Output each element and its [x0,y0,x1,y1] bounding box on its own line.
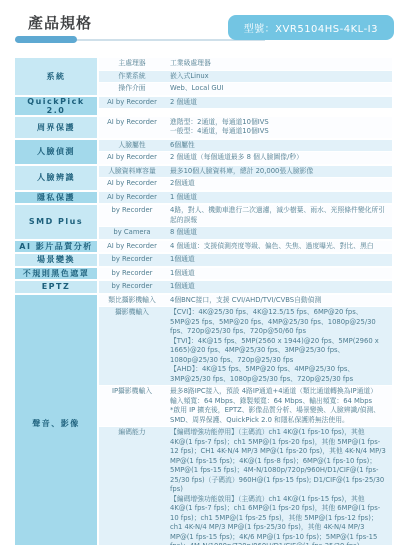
spec-label: by Recorder [99,281,165,293]
spec-section: QuickPick 2.0AI by Recorder2 個通道 [15,97,392,115]
spec-value: 1個通道 [165,268,392,280]
spec-row: 編碼能力【編碼增強功能停用】（主碼流）ch1 4K@(1 fps-10 fps)… [99,427,392,545]
spec-value: 【編碼增強功能停用】（主碼流）ch1 4K@(1 fps-10 fps)，其他 … [165,427,392,545]
spec-value: 嵌入式Linux [165,71,392,83]
spec-value: 進階型：2通道，每通道10個IVS 一般型：4通道，每通道10個IVS [165,117,392,138]
spec-rows: AI by Recorder進階型：2通道，每通道10個IVS 一般型：4通道，… [99,117,392,138]
spec-label: AI by Recorder [99,241,165,253]
spec-row: by Recorder1個通道 [99,254,392,266]
spec-rows: 人臉資料庫容量最多10個人臉資料庫，總計 20,000張人臉影像AI by Re… [99,166,392,190]
spec-row: AI by Recorder4 個通道：支援偵測亮度等級、偏色、失焦、過度曝光、… [99,241,392,253]
spec-label: 人臉屬性 [99,140,165,152]
category-cell: 不規則黑色遮罩 [15,268,97,280]
spec-label: 操作介面 [99,83,165,95]
spec-label: by Recorder [99,268,165,280]
spec-section: 人臉偵測人臉屬性6個屬性AI by Recorder2 個通道（每個通道最多 8… [15,140,392,164]
spec-section: 不規則黑色遮罩by Recorder1個通道 [15,268,392,280]
spec-value: 2 個通道 [165,97,392,109]
spec-row: by Recorder4路，對人、機動車進行二次過濾，減少樹葉、雨水、光照條件變… [99,205,392,226]
spec-row: AI by Recorder2個通道 [99,178,392,190]
spec-value: 4路，對人、機動車進行二次過濾，減少樹葉、雨水、光照條件變化所引起的誤報 [165,205,392,226]
spec-section: 聲音、影像類比攝影機輸入4個BNC接口，支援 CVI/AHD/TVI/CVBS自… [15,295,392,545]
category-cell: 系統 [15,58,97,95]
spec-section: SMD Plusby Recorder4路，對人、機動車進行二次過濾，減少樹葉、… [15,205,392,239]
spec-section: 人臉辨識人臉資料庫容量最多10個人臉資料庫，總計 20,000張人臉影像AI b… [15,166,392,190]
spec-section: EPTZby Recorder1個通道 [15,281,392,293]
spec-label: by Recorder [99,254,165,266]
spec-label: 類比攝影機輸入 [99,295,165,307]
spec-section: 隱私保護AI by Recorder1 個通道 [15,192,392,204]
spec-rows: AI by Recorder1 個通道 [99,192,392,204]
spec-row: 人臉屬性6個屬性 [99,140,392,152]
spec-section: 周界保護AI by Recorder進階型：2通道，每通道10個IVS 一般型：… [15,117,392,138]
spec-label: AI by Recorder [99,178,165,190]
spec-row: 主處理器工業級處理器 [99,58,392,70]
spec-row: by Recorder1個通道 [99,281,392,293]
spec-label: AI by Recorder [99,117,165,138]
spec-rows: by Recorder1個通道 [99,281,392,293]
category-cell: 場景變換 [15,254,97,266]
spec-value: 6個屬性 [165,140,392,152]
spec-row: 操作介面Web、Local GUI [99,83,392,95]
category-cell: 隱私保護 [15,192,97,204]
spec-value: 最多10個人臉資料庫，總計 20,000張人臉影像 [165,166,392,178]
spec-rows: 人臉屬性6個屬性AI by Recorder2 個通道（每個通道最多 8 個人臉… [99,140,392,164]
spec-section: 場景變換by Recorder1個通道 [15,254,392,266]
category-cell: 人臉辨識 [15,166,97,190]
spec-label: 人臉資料庫容量 [99,166,165,178]
spec-label: by Camera [99,227,165,239]
category-cell: QuickPick 2.0 [15,97,97,115]
spec-row: AI by Recorder1 個通道 [99,192,392,204]
spec-label: AI by Recorder [99,152,165,164]
spec-value: 工業級處理器 [165,58,392,70]
category-cell: 周界保護 [15,117,97,138]
spec-value: 4個BNC接口，支援 CVI/AHD/TVI/CVBS自動偵測 [165,295,392,307]
spec-row: 類比攝影機輸入4個BNC接口，支援 CVI/AHD/TVI/CVBS自動偵測 [99,295,392,307]
spec-row: 人臉資料庫容量最多10個人臉資料庫，總計 20,000張人臉影像 [99,166,392,178]
spec-label: 編碼能力 [99,427,165,545]
spec-row: AI by Recorder進階型：2通道，每通道10個IVS 一般型：4通道，… [99,117,392,138]
spec-rows: AI by Recorder2 個通道 [99,97,392,115]
category-cell: 人臉偵測 [15,140,97,164]
spec-value: 1個通道 [165,281,392,293]
category-cell: SMD Plus [15,205,97,239]
header-accent-pill [15,36,77,43]
spec-table: 系統主處理器工業級處理器作業系統嵌入式Linux操作介面Web、Local GU… [15,58,392,545]
spec-row: IP攝影機輸入最多8路IPC接入，預設 4路IP通道+4通道（類比通道轉換為IP… [99,386,392,426]
category-cell: AI 影片品質分析 [15,241,97,253]
spec-value: 8 個通道 [165,227,392,239]
spec-row: AI by Recorder2 個通道（每個通道最多 8 個人臉圖像/秒） [99,152,392,164]
page-title: 產品規格 [28,12,92,33]
spec-label: 主處理器 [99,58,165,70]
spec-value: 4 個通道：支援偵測亮度等級、偏色、失焦、過度曝光、對比、黑白 [165,241,392,253]
spec-value: 【CVI】：4K@25/30 fps、4K@12.5/15 fps、6MP@20… [165,307,392,385]
page-header: 產品規格 型號：XVR5104HS-4KL-I3 [0,0,400,50]
spec-rows: by Recorder4路，對人、機動車進行二次過濾，減少樹葉、雨水、光照條件變… [99,205,392,239]
spec-value: 2 個通道（每個通道最多 8 個人臉圖像/秒） [165,152,392,164]
model-badge: 型號：XVR5104HS-4KL-I3 [228,15,394,40]
spec-value: 2個通道 [165,178,392,190]
spec-rows: AI by Recorder4 個通道：支援偵測亮度等級、偏色、失焦、過度曝光、… [99,241,392,253]
spec-label: 攝影機輸入 [99,307,165,385]
spec-label: IP攝影機輸入 [99,386,165,426]
spec-row: by Recorder1個通道 [99,268,392,280]
spec-value: 1 個通道 [165,192,392,204]
spec-sheet-page: 產品規格 型號：XVR5104HS-4KL-I3 系統主處理器工業級處理器作業系… [0,0,400,545]
spec-label: AI by Recorder [99,97,165,109]
spec-value: 最多8路IPC接入，預設 4路IP通道+4通道（類比通道轉換為IP通道） 輸入頻… [165,386,392,426]
spec-row: AI by Recorder2 個通道 [99,97,392,109]
spec-label: by Recorder [99,205,165,226]
category-cell: EPTZ [15,281,97,293]
category-cell: 聲音、影像 [15,295,97,545]
spec-row: by Camera8 個通道 [99,227,392,239]
spec-row: 攝影機輸入【CVI】：4K@25/30 fps、4K@12.5/15 fps、6… [99,307,392,385]
spec-rows: by Recorder1個通道 [99,254,392,266]
spec-rows: 主處理器工業級處理器作業系統嵌入式Linux操作介面Web、Local GUI [99,58,392,95]
spec-value: 1個通道 [165,254,392,266]
spec-rows: by Recorder1個通道 [99,268,392,280]
spec-rows: 類比攝影機輸入4個BNC接口，支援 CVI/AHD/TVI/CVBS自動偵測攝影… [99,295,392,545]
spec-section: AI 影片品質分析AI by Recorder4 個通道：支援偵測亮度等級、偏色… [15,241,392,253]
spec-label: 作業系統 [99,71,165,83]
spec-section: 系統主處理器工業級處理器作業系統嵌入式Linux操作介面Web、Local GU… [15,58,392,95]
spec-label: AI by Recorder [99,192,165,204]
spec-value: Web、Local GUI [165,83,392,95]
spec-row: 作業系統嵌入式Linux [99,71,392,83]
